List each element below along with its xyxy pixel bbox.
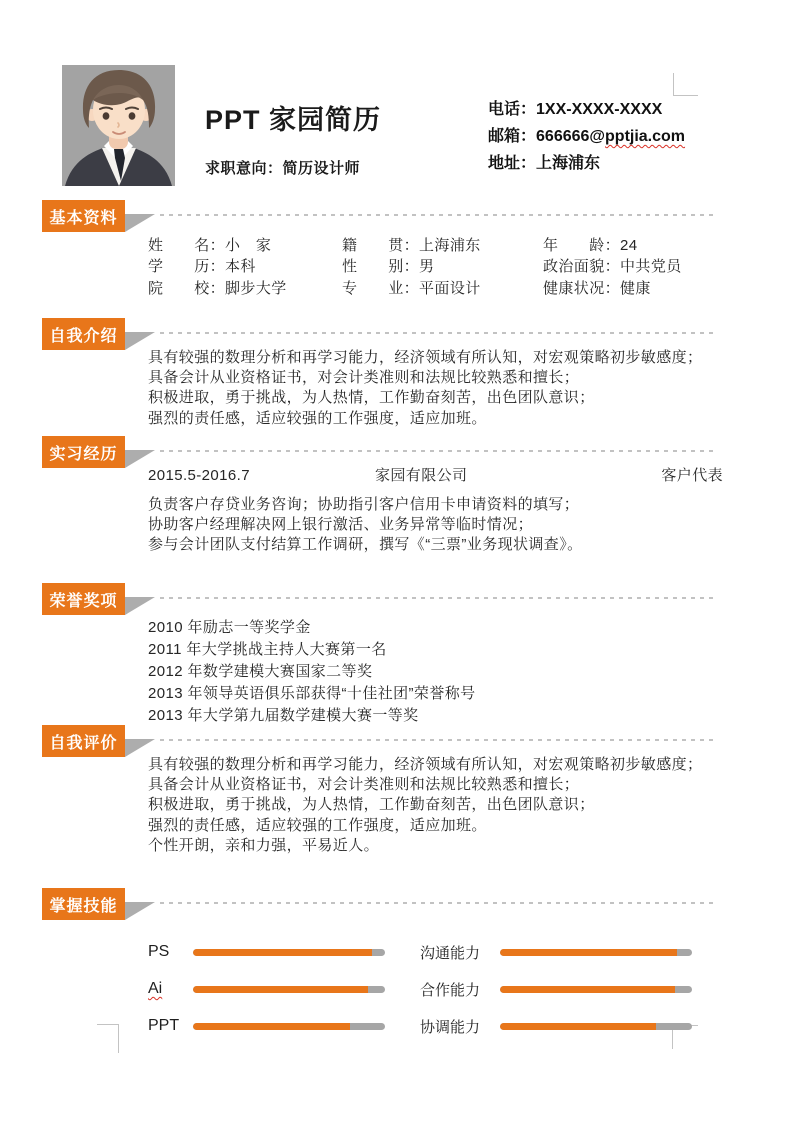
contact-email: 邮箱：666666@pptjia.com xyxy=(488,123,685,150)
basic-info-grid: 姓 名：小 家 籍 贯：上海浦东 年 龄：24 学 历：本科 性 别：男 政治面… xyxy=(148,236,723,299)
skill-bar xyxy=(193,1023,385,1030)
crop-mark-icon xyxy=(673,73,698,96)
skill-bar-fill xyxy=(193,949,372,956)
section-title-basic: 基本资料 xyxy=(42,200,125,232)
intro-line: 具备会计从业资格证书，对会计类准则和法规比较熟悉和擅长； xyxy=(148,368,723,388)
skills-column-right: 沟通能力 合作能力 协调能力 xyxy=(420,944,695,1055)
dashed-divider xyxy=(160,597,718,599)
skill-row: 合作能力 xyxy=(420,981,695,997)
ribbon-triangle-icon xyxy=(125,597,155,615)
intro-paragraph: 具有较强的数理分析和再学习能力，经济领域有所认知，对宏观策略初步敏感度； 具备会… xyxy=(148,348,723,429)
honors-list: 2010 年励志一等奖学金 2011 年大学挑战主持人大赛第一名 2012 年数… xyxy=(148,617,723,727)
basic-field: 学 历：本科 xyxy=(148,257,342,277)
skill-name: 协调能力 xyxy=(420,1016,500,1037)
crop-mark-icon xyxy=(97,1024,119,1053)
skill-row: PPT xyxy=(148,1018,388,1034)
evaluation-line: 具有较强的数理分析和再学习能力，经济领域有所认知，对宏观策略初步敏感度； xyxy=(148,755,723,775)
skill-name: PS xyxy=(148,943,193,961)
internship-company: 家园有限公司 xyxy=(375,466,661,486)
section-title-honors: 荣誉奖项 xyxy=(42,583,125,615)
skill-bar xyxy=(500,1023,692,1030)
section-title-skills: 掌握技能 xyxy=(42,888,125,920)
dashed-divider xyxy=(160,450,718,452)
job-objective: 求职意向：简历设计师 xyxy=(205,157,360,178)
dashed-divider xyxy=(160,739,718,741)
duty-line: 协助客户经理解决网上银行激活、业务异常等临时情况； xyxy=(148,515,723,535)
basic-field: 性 别：男 xyxy=(342,257,543,277)
honor-item: 2013 年领导英语俱乐部获得“十佳社团”荣誉称号 xyxy=(148,683,723,705)
basic-field: 专 业：平面设计 xyxy=(342,279,543,299)
internship-header-row: 2015.5-2016.7 家园有限公司 客户代表 xyxy=(148,466,723,486)
honor-item: 2013 年大学第九届数学建模大赛一等奖 xyxy=(148,705,723,727)
skill-name: 沟通能力 xyxy=(420,942,500,963)
dashed-divider xyxy=(160,214,718,216)
duty-line: 负责客户存贷业务咨询；协助指引客户信用卡申请资料的填写； xyxy=(148,495,723,515)
dashed-divider xyxy=(160,902,718,904)
avatar-illustration xyxy=(62,65,175,186)
profile-photo xyxy=(62,65,175,186)
skill-bar-fill xyxy=(500,949,677,956)
intro-line: 积极进取，勇于挑战，为人热情，工作勤奋刻苦，出色团队意识； xyxy=(148,388,723,408)
skill-bar xyxy=(193,986,385,993)
dashed-divider xyxy=(160,332,718,334)
basic-field: 院 校：脚步大学 xyxy=(148,279,342,299)
section-title-intro: 自我介绍 xyxy=(42,318,125,350)
skill-name: PPT xyxy=(148,1017,193,1035)
resume-page: PPT 家园简历 求职意向：简历设计师 电话：1XX-XXXX-XXXX 邮箱：… xyxy=(0,0,795,1124)
evaluation-paragraph: 具有较强的数理分析和再学习能力，经济领域有所认知，对宏观策略初步敏感度； 具备会… xyxy=(148,755,723,856)
honor-item: 2011 年大学挑战主持人大赛第一名 xyxy=(148,639,723,661)
contact-address: 地址：上海浦东 xyxy=(488,150,685,177)
evaluation-line: 具备会计从业资格证书，对会计类准则和法规比较熟悉和擅长； xyxy=(148,775,723,795)
basic-field: 姓 名：小 家 xyxy=(148,236,342,256)
spellcheck-flagged-text: pptjia.com xyxy=(605,128,685,145)
section-title-evaluation: 自我评价 xyxy=(42,725,125,757)
skill-bar xyxy=(500,986,692,993)
ribbon-triangle-icon xyxy=(125,902,155,920)
internship-period: 2015.5-2016.7 xyxy=(148,466,375,486)
skill-row: 协调能力 xyxy=(420,1018,695,1034)
skill-bar-fill xyxy=(500,1023,656,1030)
section-title-internship: 实习经历 xyxy=(42,436,125,468)
page-title: PPT 家园简历 xyxy=(205,98,381,137)
skill-name: 合作能力 xyxy=(420,979,500,1000)
honor-item: 2010 年励志一等奖学金 xyxy=(148,617,723,639)
skill-name: Ai xyxy=(148,980,193,998)
skill-row: Ai xyxy=(148,981,388,997)
intro-line: 具有较强的数理分析和再学习能力，经济领域有所认知，对宏观策略初步敏感度； xyxy=(148,348,723,368)
basic-field: 政治面貌：中共党员 xyxy=(543,257,723,277)
contact-block: 电话：1XX-XXXX-XXXX 邮箱：666666@pptjia.com 地址… xyxy=(488,96,685,177)
internship-role: 客户代表 xyxy=(661,466,723,486)
evaluation-line: 个性开朗，亲和力强，平易近人。 xyxy=(148,836,723,856)
basic-field: 年 龄：24 xyxy=(543,236,723,256)
skill-bar xyxy=(193,949,385,956)
basic-field: 健康状况：健康 xyxy=(543,279,723,299)
intro-line: 强烈的责任感，适应较强的工作强度，适应加班。 xyxy=(148,409,723,429)
skill-row: 沟通能力 xyxy=(420,944,695,960)
skill-bar-fill xyxy=(193,986,368,993)
basic-field: 籍 贯：上海浦东 xyxy=(342,236,543,256)
skills-column-left: PS Ai PPT xyxy=(148,944,388,1055)
evaluation-line: 积极进取，勇于挑战，为人热情，工作勤奋刻苦，出色团队意识； xyxy=(148,795,723,815)
evaluation-line: 强烈的责任感，适应较强的工作强度，适应加班。 xyxy=(148,816,723,836)
contact-phone: 电话：1XX-XXXX-XXXX xyxy=(488,96,685,123)
skill-row: PS xyxy=(148,944,388,960)
duty-line: 参与会计团队支付结算工作调研，撰写《“三票”业务现状调查》。 xyxy=(148,535,723,555)
skill-bar-fill xyxy=(193,1023,350,1030)
skill-bar xyxy=(500,949,692,956)
ribbon-triangle-icon xyxy=(125,214,155,232)
internship-duties: 负责客户存贷业务咨询；协助指引客户信用卡申请资料的填写； 协助客户经理解决网上银… xyxy=(148,495,723,556)
skill-bar-fill xyxy=(500,986,675,993)
honor-item: 2012 年数学建模大赛国家二等奖 xyxy=(148,661,723,683)
